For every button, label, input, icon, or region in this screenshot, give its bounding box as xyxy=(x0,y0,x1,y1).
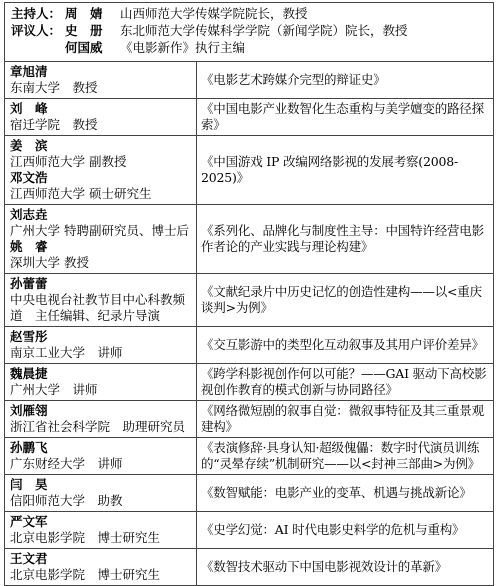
presenter-name: 邓文浩 xyxy=(10,170,196,186)
presenter-affiliation: 北京电影学院 博士研究生 xyxy=(10,530,196,546)
presenters-cell: 魏晨捷广州大学 讲师 xyxy=(5,364,197,400)
presenters-cell: 孙蕾蕾中央电视台社教节目中心科教频道 主任编辑、纪录片导演 xyxy=(5,274,197,326)
presentation-title: 《史学幻觉：AI 时代电影史料学的危机与重构》 xyxy=(201,522,464,538)
title-cell: 《表演修辞·具身认知·超级傀儡：数字时代演员训练的“灵晕存续”机制研究——以<封… xyxy=(197,438,493,474)
presentation-title: 《系列化、品牌化与制度性主导：中国特许经营电影作者论的产业实践与理论构建》 xyxy=(201,223,491,255)
session-row: 闫 昊信阳师范大学 助教 《数智赋能：电影产业的变革、机遇与挑战新论》 xyxy=(5,474,493,511)
presenter-name: 刘雁翎 xyxy=(10,403,196,419)
presenters-cell: 孙鹏飞广东财经大学 讲师 xyxy=(5,438,197,474)
title-cell: 《数智赋能：电影产业的变革、机遇与挑战新论》 xyxy=(197,475,493,511)
person-name: 何国威 xyxy=(65,39,107,56)
role-label: 主持人： xyxy=(11,5,65,22)
presentation-title: 《数智技术驱动下中国电影视效设计的革新》 xyxy=(201,559,447,573)
title-cell: 《史学幻觉：AI 时代电影史料学的危机与重构》 xyxy=(197,512,493,548)
presenters-cell: 严文军北京电影学院 博士研究生 xyxy=(5,512,197,548)
presentation-title: 《中国电影产业数智化生态重构与美学嬗变的路径探索》 xyxy=(201,101,491,133)
presentation-title: 《电影艺术跨媒介完型的辩证史》 xyxy=(201,72,386,88)
presenter-name: 刘志垚 xyxy=(10,207,196,223)
presenter-name: 孙鹏飞 xyxy=(10,440,196,456)
person-name: 周 婧 xyxy=(65,5,107,22)
presenter-affiliation: 江西师范大学 副教授 xyxy=(10,154,196,170)
presenter-affiliation: 北京电影学院 博士研究生 xyxy=(10,567,196,573)
title-cell: 《数智技术驱动下中国电影视效设计的革新》 xyxy=(197,549,493,573)
presenter-affiliation: 浙江省社会科学院 助理研究员 xyxy=(10,419,196,435)
session-row: 魏晨捷广州大学 讲师 《跨学科影视创作何以可能？——GAI 驱动下高校影视创作教… xyxy=(5,363,493,400)
title-cell: 《文献纪录片中历史记忆的创造性建构——以<重庆谈判>为例》 xyxy=(197,274,493,326)
presenter-name: 严文军 xyxy=(10,514,196,530)
session-row: 孙蕾蕾中央电视台社教节目中心科教频道 主任编辑、纪录片导演 《文献纪录片中历史记… xyxy=(5,273,493,326)
conference-program-table: 主持人： 周 婧 山西师范大学传媒学院院长，教授 评议人： 史 册 东北师范大学… xyxy=(4,2,494,573)
session-row: 刘志垚广州大学 特聘副研究员、博士后姚 睿深圳大学 教授 《系列化、品牌化与制度… xyxy=(5,204,493,273)
presenters-cell: 章旭清东南大学 教授 xyxy=(5,62,197,98)
session-row: 王文君北京电影学院 博士研究生 《数智技术驱动下中国电影视效设计的革新》 xyxy=(5,548,493,573)
header-line-reviewer-1: 评议人： 史 册 东北师范大学传媒科学学院（新闻学院）院长，教授 xyxy=(11,22,487,39)
presenters-cell: 赵雪彤南京工业大学 讲师 xyxy=(5,327,197,363)
presenter-name: 刘 峰 xyxy=(10,101,196,117)
session-row: 刘雁翎浙江省社会科学院 助理研究员 《网络微短剧的叙事自觉：微叙事特征及其三重景… xyxy=(5,400,493,437)
presentation-title: 《网络微短剧的叙事自觉：微叙事特征及其三重景观建构》 xyxy=(201,403,491,435)
title-cell: 《跨学科影视创作何以可能？——GAI 驱动下高校影视创作教育的模式创新与协同路径… xyxy=(197,364,493,400)
presenter-name: 孙蕾蕾 xyxy=(10,276,196,292)
presentation-title: 《交互影游中的类型化互动叙事及其用户评价差异》 xyxy=(201,337,484,353)
title-cell: 《网络微短剧的叙事自觉：微叙事特征及其三重景观建构》 xyxy=(197,401,493,437)
person-name: 史 册 xyxy=(65,22,107,39)
title-cell: 《系列化、品牌化与制度性主导：中国特许经营电影作者论的产业实践与理论构建》 xyxy=(197,205,493,273)
presenters-cell: 刘志垚广州大学 特聘副研究员、博士后姚 睿深圳大学 教授 xyxy=(5,205,197,273)
session-rows: 章旭清东南大学 教授 《电影艺术跨媒介完型的辩证史》 刘 峰宿迁学院 教授 《中… xyxy=(5,61,493,573)
session-row: 章旭清东南大学 教授 《电影艺术跨媒介完型的辩证史》 xyxy=(5,61,493,98)
header-line-reviewer-2: 何国威 《电影新作》执行主编 xyxy=(11,39,487,56)
person-desc: 东北师范大学传媒科学学院（新闻学院）院长，教授 xyxy=(120,22,408,39)
role-label: 评议人： xyxy=(11,22,65,39)
presenter-affiliation: 深圳大学 教授 xyxy=(10,255,196,271)
presenter-affiliation: 广州大学 讲师 xyxy=(10,382,196,398)
session-row: 刘 峰宿迁学院 教授 《中国电影产业数智化生态重构与美学嬗变的路径探索》 xyxy=(5,98,493,135)
presenters-cell: 刘 峰宿迁学院 教授 xyxy=(5,99,197,135)
session-row: 严文军北京电影学院 博士研究生 《史学幻觉：AI 时代电影史料学的危机与重构》 xyxy=(5,511,493,548)
header-line-moderator: 主持人： 周 婧 山西师范大学传媒学院院长，教授 xyxy=(11,5,487,22)
person-desc: 山西师范大学传媒学院院长，教授 xyxy=(120,5,308,22)
session-row: 姜 滨江西师范大学 副教授邓文浩江西师范大学 硕士研究生 《中国游戏 IP 改编… xyxy=(5,135,493,204)
session-header: 主持人： 周 婧 山西师范大学传媒学院院长，教授 评议人： 史 册 东北师范大学… xyxy=(5,3,493,61)
presenter-affiliation: 广东财经大学 讲师 xyxy=(10,456,196,472)
presentation-title: 《数智赋能：电影产业的变革、机遇与挑战新论》 xyxy=(201,485,472,501)
session-row: 孙鹏飞广东财经大学 讲师 《表演修辞·具身认知·超级傀儡：数字时代演员训练的“灵… xyxy=(5,437,493,474)
presenters-cell: 闫 昊信阳师范大学 助教 xyxy=(5,475,197,511)
presenter-name: 姜 滨 xyxy=(10,138,196,154)
presenters-cell: 姜 滨江西师范大学 副教授邓文浩江西师范大学 硕士研究生 xyxy=(5,136,197,204)
presenter-affiliation: 信阳师范大学 助教 xyxy=(10,493,196,509)
presenter-affiliation: 江西师范大学 硕士研究生 xyxy=(10,186,196,202)
presentation-title: 《表演修辞·具身认知·超级傀儡：数字时代演员训练的“灵晕存续”机制研究——以<封… xyxy=(201,440,491,472)
presenter-name: 魏晨捷 xyxy=(10,366,196,382)
title-cell: 《中国电影产业数智化生态重构与美学嬗变的路径探索》 xyxy=(197,99,493,135)
title-cell: 《交互影游中的类型化互动叙事及其用户评价差异》 xyxy=(197,327,493,363)
session-row: 赵雪彤南京工业大学 讲师 《交互影游中的类型化互动叙事及其用户评价差异》 xyxy=(5,326,493,363)
presenter-name: 王文君 xyxy=(10,551,196,567)
presenter-name: 赵雪彤 xyxy=(10,329,196,345)
presenter-affiliation: 南京工业大学 讲师 xyxy=(10,345,196,361)
title-cell: 《中国游戏 IP 改编网络影视的发展考察(2008-2025)》 xyxy=(197,136,493,204)
presentation-title: 《中国游戏 IP 改编网络影视的发展考察(2008-2025)》 xyxy=(201,154,491,186)
presenter-affiliation: 东南大学 教授 xyxy=(10,80,196,96)
title-cell: 《电影艺术跨媒介完型的辩证史》 xyxy=(197,62,493,98)
presenter-affiliation: 广州大学 特聘副研究员、博士后 xyxy=(10,223,196,239)
presentation-title: 《跨学科影视创作何以可能？——GAI 驱动下高校影视创作教育的模式创新与协同路径… xyxy=(201,366,491,398)
presenter-name: 闫 昊 xyxy=(10,477,196,493)
person-desc: 《电影新作》执行主编 xyxy=(120,39,245,56)
presenters-cell: 刘雁翎浙江省社会科学院 助理研究员 xyxy=(5,401,197,437)
presenter-affiliation: 宿迁学院 教授 xyxy=(10,117,196,133)
presenter-name: 姚 睿 xyxy=(10,239,196,255)
presentation-title: 《文献纪录片中历史记忆的创造性建构——以<重庆谈判>为例》 xyxy=(201,284,491,316)
presenter-name: 章旭清 xyxy=(10,64,196,80)
presenters-cell: 王文君北京电影学院 博士研究生 xyxy=(5,549,197,573)
presenter-affiliation: 中央电视台社教节目中心科教频道 主任编辑、纪录片导演 xyxy=(10,292,196,324)
